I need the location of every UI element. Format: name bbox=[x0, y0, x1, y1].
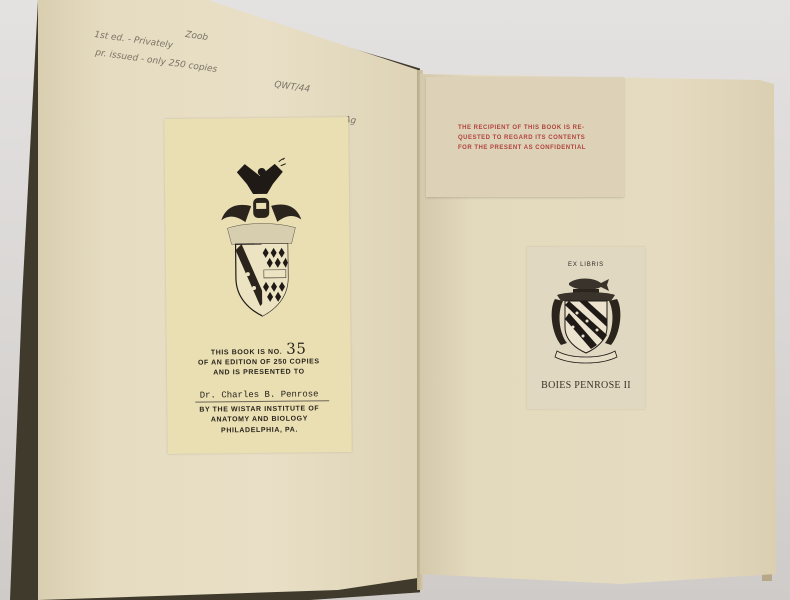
presentation-bookplate: THIS BOOK IS NO.35 OF AN EDITION OF 250 … bbox=[164, 117, 351, 454]
plate-line-presented: AND IS PRESENTED TO bbox=[167, 368, 351, 377]
plate-line-anatomy: ANATOMY AND BIOLOGY bbox=[167, 415, 351, 424]
notice-line: QUESTED TO REGARD ITS CONTENTS bbox=[458, 133, 618, 143]
plate-line-institute: BY THE WISTAR INSTITUTE OF bbox=[167, 405, 351, 414]
confidentiality-notice: THE RECIPIENT OF THIS BOOK IS RE- QUESTE… bbox=[458, 123, 618, 153]
ex-libris-bookplate: EX LIBRIS BOIES PENROSE II bbox=[527, 247, 645, 409]
plate-line-city: PHILADELPHIA, PA. bbox=[167, 426, 351, 435]
recipient-underline bbox=[195, 400, 329, 402]
recipient-name: Dr. Charles B. Penrose bbox=[167, 389, 351, 401]
plate-line-number: THIS BOOK IS NO.35 bbox=[167, 339, 351, 359]
confidentiality-slip: THE RECIPIENT OF THIS BOOK IS RE- QUESTE… bbox=[426, 77, 624, 197]
copy-number: 35 bbox=[286, 339, 306, 357]
owner-name: BOIES PENROSE II bbox=[527, 380, 645, 391]
notice-line: THE RECIPIENT OF THIS BOOK IS RE- bbox=[458, 123, 618, 133]
plate-line-edition: OF AN EDITION OF 250 COPIES bbox=[167, 358, 351, 367]
coat-of-arms-fish-icon bbox=[547, 273, 625, 365]
coat-of-arms-eagle-icon bbox=[215, 158, 307, 329]
notice-line: FOR THE PRESENT AS CONFIDENTIAL bbox=[458, 143, 618, 153]
ex-libris-heading: EX LIBRIS bbox=[527, 262, 645, 268]
